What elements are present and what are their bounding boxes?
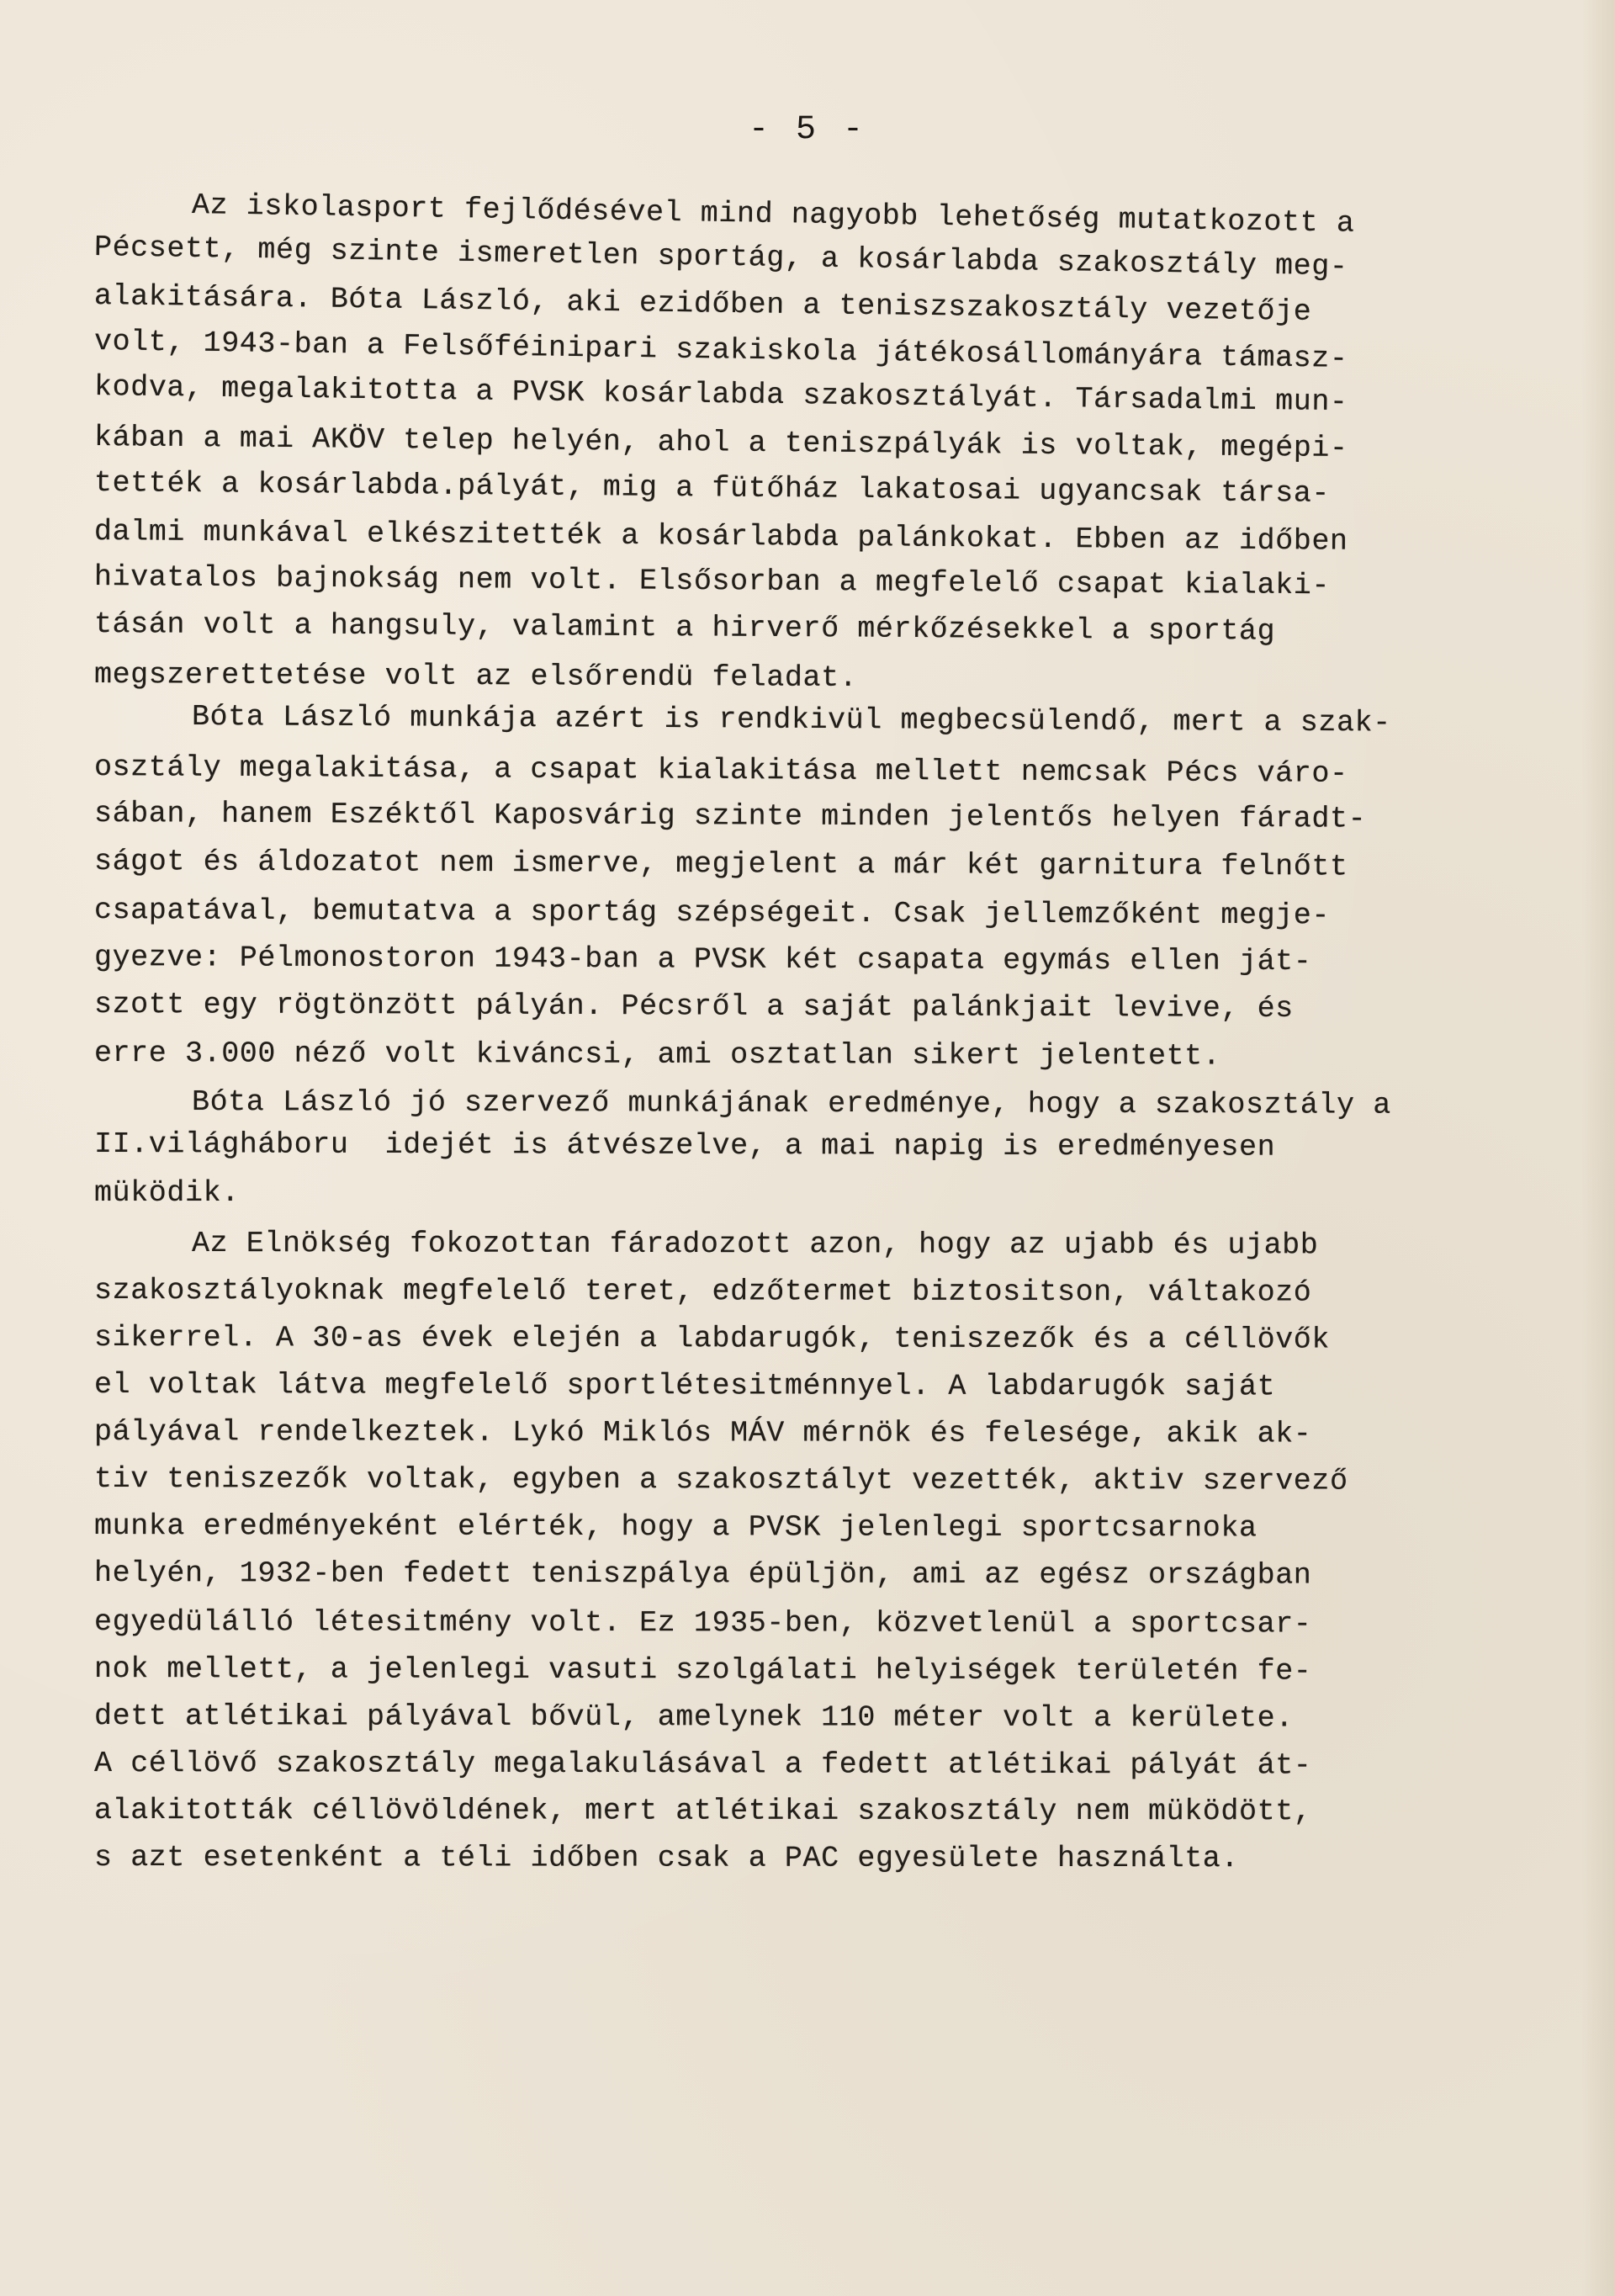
- text-line: munka eredményeként elérték, hogy a PVSK…: [94, 1509, 1258, 1545]
- text-line: pályával rendelkeztek. Lykó Miklós MÁV m…: [94, 1415, 1312, 1451]
- page-edge-shadow: [1581, 0, 1615, 2296]
- text-line: megszerettetése volt az elsőrendü felada…: [94, 658, 858, 695]
- text-line: Bóta László jó szervező munkájának eredm…: [192, 1085, 1391, 1122]
- text-line: Az Elnökség fokozottan fáradozott azon, …: [192, 1227, 1318, 1262]
- text-line: gyezve: Pélmonostoron 1943-ban a PVSK ké…: [94, 941, 1312, 978]
- text-line: alakitására. Bóta László, aki ezidőben a…: [94, 279, 1312, 329]
- text-line: II.világháboru idejét is átvészelve, a m…: [94, 1127, 1275, 1164]
- text-line: sában, hanem Eszéktől Kaposvárig szinte …: [94, 797, 1366, 836]
- text-line: Bóta László munkája azért is rendkivül m…: [192, 700, 1391, 740]
- typewritten-page: - 5 - Az iskolasport fejlődésével mind n…: [0, 0, 1615, 2296]
- text-line: helyén, 1932-ben fedett teniszpálya épül…: [94, 1556, 1312, 1593]
- text-line: müködik.: [94, 1176, 240, 1210]
- text-line: el voltak látva megfelelő sportlétesitmé…: [94, 1368, 1275, 1403]
- text-line: sikerrel. A 30-as évek elején a labdarug…: [94, 1321, 1330, 1357]
- text-line: tiv teniszezők voltak, egyben a szakoszt…: [94, 1462, 1348, 1498]
- text-line: csapatával, bemutatva a sportág szépsége…: [94, 893, 1330, 932]
- text-line: kában a mai AKÖV telep helyén, ahol a te…: [94, 421, 1348, 465]
- text-line: volt, 1943-ban a Felsőféinipari szakisko…: [94, 325, 1348, 376]
- text-line: A céllövő szakosztály megalakulásával a …: [94, 1747, 1312, 1783]
- text-line: szakosztályoknak megfelelő teret, edzőte…: [94, 1274, 1312, 1310]
- text-line: ságot és áldozatot nem ismerve, megjelen…: [94, 845, 1348, 884]
- text-line: egyedülálló létesitmény volt. Ez 1935-be…: [94, 1605, 1312, 1641]
- text-line: nok mellett, a jelenlegi vasuti szolgála…: [94, 1652, 1312, 1689]
- text-line: tásán volt a hangsuly, valamint a hirver…: [94, 607, 1275, 649]
- text-line: hivatalos bajnokság nem volt. Elsősorban…: [94, 560, 1330, 602]
- text-line: dett atlétikai pályával bővül, amelynek …: [94, 1699, 1294, 1735]
- page-number: - 5 -: [749, 111, 866, 149]
- text-line: kodva, megalakitotta a PVSK kosárlabda s…: [94, 370, 1348, 419]
- text-line: Pécsett, még szinte ismeretlen sportág, …: [94, 231, 1348, 284]
- text-line: s azt esetenként a téli időben csak a PA…: [94, 1841, 1239, 1875]
- text-line: alakitották céllövöldének, mert atlétika…: [94, 1794, 1311, 1828]
- text-line: tették a kosárlabda.pályát, mig a fütőhá…: [94, 466, 1330, 511]
- text-line: dalmi munkával elkészitették a kosárlabd…: [94, 515, 1348, 559]
- text-line: erre 3.000 néző volt kiváncsi, ami oszta…: [94, 1037, 1221, 1074]
- text-line: osztály megalakitása, a csapat kialakitá…: [94, 750, 1348, 791]
- text-line: Az iskolasport fejlődésével mind nagyobb…: [192, 188, 1355, 241]
- text-line: szott egy rögtönzött pályán. Pécsről a s…: [94, 988, 1294, 1026]
